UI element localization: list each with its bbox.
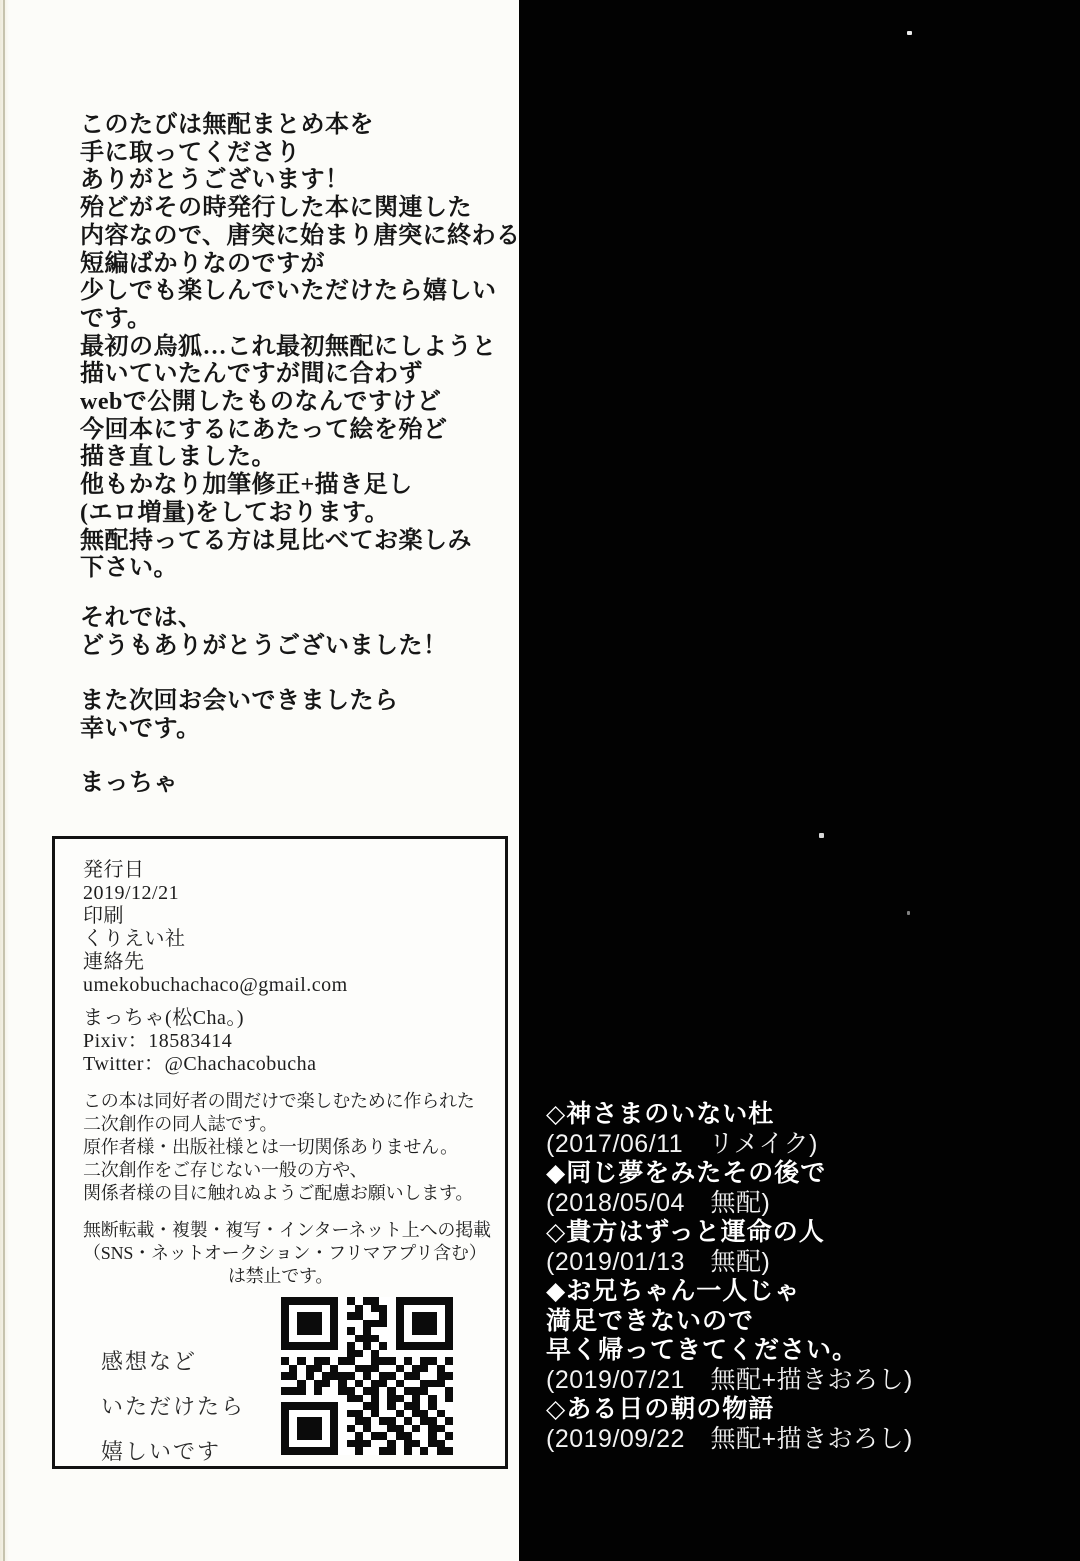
afterword-line: です。 [80, 306, 520, 334]
author-contact-info: まっちゃ(松Cha。)Pixiv：18583414Twitter：@Chacha… [83, 1007, 505, 1076]
works-list: ◇神さまのいない杜(2017/06/11 リメイク)◆同じ夢をみたその後で(20… [546, 1100, 913, 1454]
afterword-line: 殆どがその時発行した本に関連した [80, 195, 520, 223]
afterword-line: 下さい。 [80, 555, 520, 583]
colophon-line: 印刷 [83, 905, 505, 928]
feedback-note: 感想などいただけたら嬉しいです [101, 1339, 245, 1474]
afterword-line: ありがとうございます！ [80, 167, 520, 195]
afterword-line: 描き直しました。 [80, 444, 520, 472]
disclaimer-line: この本は同好者の間だけで楽しむために作られた [83, 1090, 505, 1113]
prohibition-line: （SNS・ネットオークション・フリマアプリ含む） [83, 1242, 505, 1265]
work-title-line: 早く帰ってきてください。 [546, 1336, 913, 1366]
disclaimer-line: 二次創作をご存じない一般の方や、 [83, 1159, 505, 1182]
colophon-line: まっちゃ(松Cha。) [83, 1007, 505, 1030]
scan-dust-speck [819, 833, 824, 838]
feedback-line: 感想など [101, 1339, 245, 1384]
afterword-line: 少しでも楽しんでいただけたら嬉しい [80, 278, 520, 306]
colophon-line: umekobuchachaco@gmail.com [83, 974, 505, 997]
afterword-line: (エロ増量)をしております。 [80, 500, 520, 528]
afterword-line: 他もかなり加筆修正+描き足し [80, 472, 520, 500]
works-list-panel: ◇神さまのいない杜(2017/06/11 リメイク)◆同じ夢をみたその後で(20… [519, 0, 1080, 1561]
afterword-line: 幸いです。 [80, 716, 520, 744]
colophon-line: 2019/12/21 [83, 882, 505, 905]
afterword-paragraph: また次回お会いできましたら幸いです。 [80, 688, 520, 743]
afterword-line: どうもありがとうございました！ [80, 633, 520, 661]
afterword-line: 手に取ってくださり [80, 140, 520, 168]
work-date: (2019/09/22 無配+描きおろし) [546, 1425, 913, 1455]
prohibition-text: 無断転載・複製・複写・インターネット上への掲載（SNS・ネットオークション・フリ… [83, 1219, 505, 1265]
afterword-line: 描いていたんですが間に合わず [80, 361, 520, 389]
afterword-line: 最初の烏狐…これ最初無配にしようと [80, 334, 520, 362]
prohibition-center-line: は禁止です。 [83, 1265, 478, 1288]
colophon-line: くりえい社 [83, 928, 505, 951]
afterword-line: それでは、 [80, 605, 520, 633]
work-date: (2019/01/13 無配) [546, 1248, 913, 1278]
publication-info: 発行日2019/12/21印刷くりえい社連絡先umekobuchachaco@g… [83, 859, 505, 997]
afterword-line: 短編ばかりなのですが [80, 251, 520, 279]
colophon-line: 発行日 [83, 859, 505, 882]
colophon-line: Pixiv：18583414 [83, 1030, 505, 1053]
feedback-line: 嬉しいです [101, 1429, 245, 1474]
scanned-doujin-afterword-page: このたびは無配まとめ本を手に取ってくださりありがとうございます！殆どがその時発行… [0, 0, 1080, 1561]
work-title-line: 満足できないので [546, 1307, 913, 1337]
work-date: (2018/05/04 無配) [546, 1189, 913, 1219]
work-title-line: ◇貴方はずっと運命の人 [546, 1218, 913, 1248]
afterword-paragraph: それでは、どうもありがとうございました！ [80, 605, 520, 660]
scan-dust-speck [907, 911, 910, 915]
scan-dust-speck [907, 31, 912, 35]
afterword-line: 無配持ってる方は見比べてお楽しみ [80, 528, 520, 556]
afterword-text: このたびは無配まとめ本を手に取ってくださりありがとうございます！殆どがその時発行… [80, 112, 520, 797]
afterword-line: webで公開したものなんですけど [80, 389, 520, 417]
qr-code [281, 1297, 453, 1455]
feedback-line: いただけたら [101, 1384, 245, 1429]
work-title-line: ◆お兄ちゃん一人じゃ [546, 1277, 913, 1307]
afterword-line: また次回お会いできましたら [80, 688, 520, 716]
work-title-line: ◆同じ夢をみたその後で [546, 1159, 913, 1189]
scan-edge-artifact [0, 0, 9, 1561]
colophon-box: 発行日2019/12/21印刷くりえい社連絡先umekobuchachaco@g… [52, 836, 508, 1469]
work-date: (2019/07/21 無配+描きおろし) [546, 1366, 913, 1396]
work-title-line: ◇ある日の朝の物語 [546, 1395, 913, 1425]
work-date: (2017/06/11 リメイク) [546, 1130, 913, 1160]
disclaimer-text: この本は同好者の間だけで楽しむために作られた二次創作の同人誌です。原作者様・出版… [83, 1090, 505, 1205]
disclaimer-line: 関係者様の目に触れぬようご配慮お願いします。 [83, 1182, 505, 1205]
afterword-line: 今回本にするにあたって絵を殆ど [80, 417, 520, 445]
prohibition-line: 無断転載・複製・複写・インターネット上への掲載 [83, 1219, 505, 1242]
afterword-line: このたびは無配まとめ本を [80, 112, 520, 140]
colophon-line: 連絡先 [83, 951, 505, 974]
disclaimer-line: 二次創作の同人誌です。 [83, 1113, 505, 1136]
afterword-paragraph: このたびは無配まとめ本を手に取ってくださりありがとうございます！殆どがその時発行… [80, 112, 520, 583]
colophon-line: Twitter：@Chachacobucha [83, 1053, 505, 1076]
disclaimer-line: 原作者様・出版社様とは一切関係ありません。 [83, 1136, 505, 1159]
afterword-line: 内容なので、唐突に始まり唐突に終わる [80, 223, 520, 251]
work-title-line: ◇神さまのいない杜 [546, 1100, 913, 1130]
author-signature: まっちゃ [80, 770, 520, 798]
